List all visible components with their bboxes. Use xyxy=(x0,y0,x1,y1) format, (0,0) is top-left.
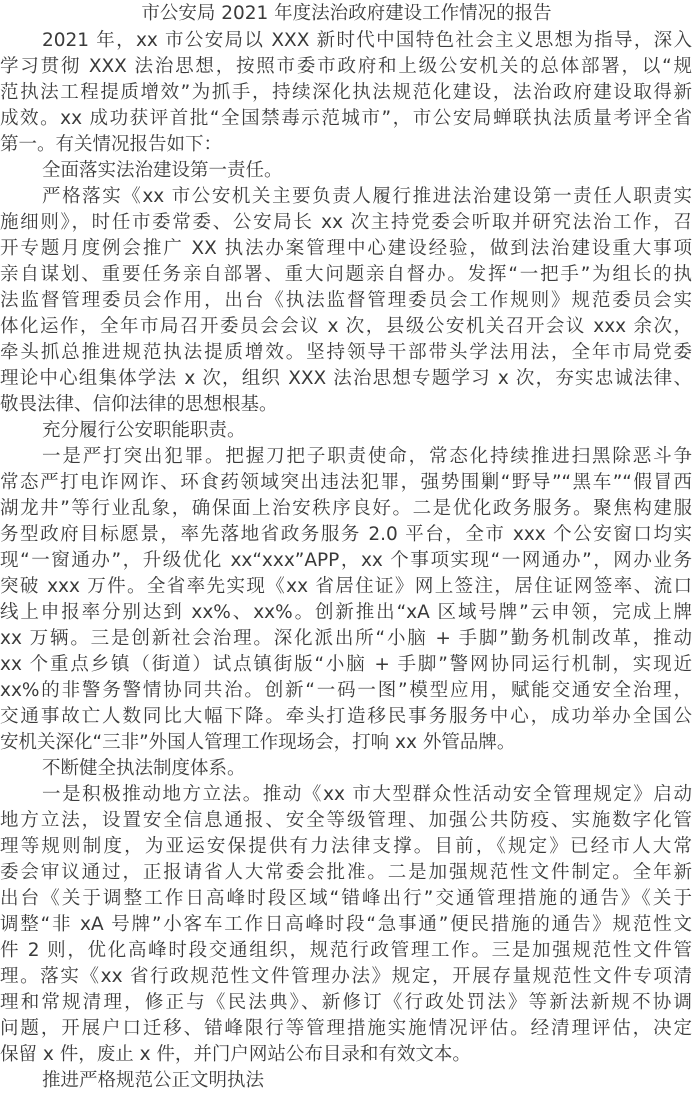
paragraph-line: 学习贯彻 XXX 法治思想，按照市委市政府和上级公安机关的总体部署，以“规 xyxy=(0,54,692,80)
paragraph-line: 务型政府目标愿景，率先落地省政务服务 2.0 平台，全市 xxx 个公安窗口均实 xyxy=(0,522,692,548)
document-title: 市公安局 2021 年度法治政府建设工作情况的报告 xyxy=(0,1,693,27)
paragraph-line: 范执法工程提质增效”为抓手，持续深化执法规范化建设，法治政府建设取得新 xyxy=(0,80,692,106)
paragraph-line: 2021 年，xx 市公安局以 XXX 新时代中国特色社会主义思想为指导，深入 xyxy=(42,28,692,54)
paragraph-line: 突破 xxx 万件。全省率先实现《xx 省居住证》网上签注，居住证网签率、流口 xyxy=(0,574,692,600)
paragraph-line: 成效。xx 成功获评首批“全国禁毒示范城市”，市公安局蝉联执法质量考评全省 xyxy=(0,106,692,132)
paragraph-line: 常态严打电诈网诈、环食药领域突出违法犯罪，强势围剿“野导”“黑车”“假冒西 xyxy=(0,470,692,496)
paragraph-line: 严格落实《xx 市公安机关主要负责人履行推进法治建设第一责任人职责实 xyxy=(42,184,692,210)
paragraph-line: 开专题月度例会推广 XX 执法办案管理中心建设经验，做到法治建设重大事项 xyxy=(0,236,692,262)
paragraph-line: 地方立法，设置安全信息通报、安全等级管理、加强公共防疫、实施数字化管 xyxy=(0,808,692,834)
paragraph-line: xx%的非警务警情协同共治。创新“一码一图”模型应用，赋能交通安全治理， xyxy=(0,678,692,704)
paragraph-line: 线上申报率分别达到 xx%、xx%。创新推出“xA 区域号牌”云申领，完成上牌 xyxy=(0,600,692,626)
paragraph-line: 第一。有关情况报告如下： xyxy=(0,132,692,158)
paragraph-line: 施细则》，时任市委常委、公安局长 xx 次主持党委会听取并研究法治工作，召 xyxy=(0,210,692,236)
paragraph-line: 理。落实《xx 省行政规范性文件管理办法》规定，开展存量规范性文件专项清 xyxy=(0,964,692,990)
paragraph-line: 敬畏法律、信仰法律的思想根基。 xyxy=(0,392,692,418)
paragraph-line: 理论中心组集体学法 x 次，组织 XXX 法治思想专题学习 x 次，夯实忠诚法律… xyxy=(0,366,692,392)
paragraph-line: 交通事故亡人数同比大幅下降。牵头打造移民事务服务中心，成功举办全国公 xyxy=(0,704,692,730)
paragraph-line: 安机关深化“三非”外国人管理工作现场会，打响 xx 外管品牌。 xyxy=(0,730,692,756)
paragraph-line: 件 2 则，优化高峰时段交通组织，规范行政管理工作。三是加强规范性文件管 xyxy=(0,938,692,964)
paragraph-line: 理等规则制度，为亚运安保提供有力法律支撑。目前，《规定》已经市人大常 xyxy=(0,834,692,860)
section-heading: 充分履行公安职能职责。 xyxy=(42,418,692,444)
paragraph-line: 现“一窗通办”，升级优化 xx“xxx”APP，xx 个事项实现“一网通办”，网… xyxy=(0,548,692,574)
paragraph-line: 法监督管理委员会作用，出台《执法监督管理委员会工作规则》规范委员会实 xyxy=(0,288,692,314)
section-heading: 推进严格规范公正文明执法 xyxy=(42,1068,692,1094)
paragraph-line: xx 个重点乡镇（街道）试点镇街版“小脑 + 手脚”警网协同运行机制，实现近 xyxy=(0,652,692,678)
section-heading: 不断健全执法制度体系。 xyxy=(42,756,692,782)
paragraph-line: 一是严打突出犯罪。把握刀把子职责使命，常态化持续推进扫黑除恶斗争 xyxy=(42,444,692,470)
paragraph-line: 委会审议通过，正报请省人大常委会批准。二是加强规范性文件制定。全年新 xyxy=(0,860,692,886)
paragraph-line: 保留 x 件，废止 x 件，并门户网站公布目录和有效文本。 xyxy=(0,1042,692,1068)
paragraph-line: 出台《关于调整工作日高峰时段区域“错峰出行”交通管理措施的通告》《关于 xyxy=(0,886,692,912)
paragraph-line: xx 万辆。三是创新社会治理。深化派出所“小脑 + 手脚”勤务机制改革，推动 xyxy=(0,626,692,652)
paragraph-line: 牵头抓总推进规范执法提质增效。坚持领导干部带头学法用法，全年市局党委 xyxy=(0,340,692,366)
paragraph-line: 体化运作，全年市局召开委员会会议 x 次，县级公安机关召开会议 xxx 余次， xyxy=(0,314,692,340)
paragraph-line: 亲自谋划、重要任务亲自部署、重大问题亲自督办。发挥“一把手”为组长的执 xyxy=(0,262,692,288)
paragraph-line: 湖龙井”等行业乱象，确保面上治安秩序良好。二是优化政务服务。聚焦构建服 xyxy=(0,496,692,522)
section-heading: 全面落实法治建设第一责任。 xyxy=(42,158,692,184)
paragraph-line: 调整“非 xA 号牌”小客车工作日高峰时段“急事通”便民措施的通告》规范性文 xyxy=(0,912,692,938)
paragraph-line: 一是积极推动地方立法。推动《xx 市大型群众性活动安全管理规定》启动 xyxy=(42,782,692,808)
paragraph-line: 问题，开展户口迁移、错峰限行等管理措施实施情况评估。经清理评估，决定 xyxy=(0,1016,692,1042)
paragraph-line: 理和常规清理，修正与《民法典》、新修订《行政处罚法》等新法新规不协调 xyxy=(0,990,692,1016)
